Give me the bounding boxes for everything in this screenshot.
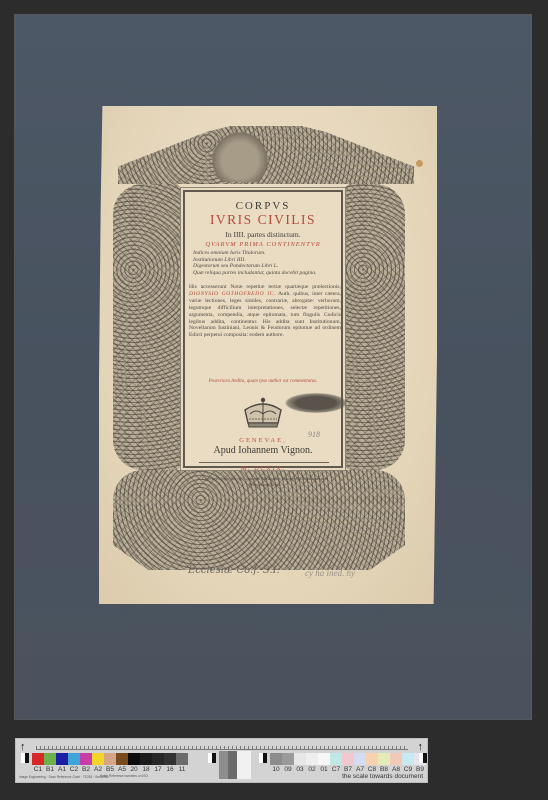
patch-label: C8 xyxy=(366,766,378,773)
measurement-ruler xyxy=(36,743,408,750)
color-patch-labels-2: 10 09 03 02 01 C7 B7 A7 C8 B8 A8 C9 B9 xyxy=(270,766,426,773)
patch-label: A5 xyxy=(116,766,128,773)
patch-label: 11 xyxy=(176,766,188,773)
contents-item: Digestorum seu Pandectarum Libri L. xyxy=(193,263,339,270)
contents-item: Indices omnium Iuris Titulorum. xyxy=(193,250,339,257)
contents-item: Institutionum Libri IIII. xyxy=(193,257,339,264)
contents-item: Quæ reliqua partes includantur, quinta d… xyxy=(193,270,339,277)
color-patch xyxy=(270,753,282,765)
color-patch xyxy=(306,753,318,765)
patch-label: 03 xyxy=(294,766,306,773)
patch-label: C1 xyxy=(32,766,44,773)
color-patch xyxy=(366,753,378,765)
color-patch xyxy=(92,753,104,765)
color-patch xyxy=(164,753,176,765)
imprint-printer: Apud Iohannem Vignon. xyxy=(185,445,341,456)
patch-label: C7 xyxy=(330,766,342,773)
color-patch xyxy=(128,753,140,765)
color-patch-row-1 xyxy=(32,753,188,765)
color-patch xyxy=(294,753,306,765)
patch-label: B2 xyxy=(80,766,92,773)
patch-label: 02 xyxy=(306,766,318,773)
imprint-year: M. DCXIX. xyxy=(185,465,341,472)
patch-label: 16 xyxy=(164,766,176,773)
color-reference-strip: ↑ ↑ C1 B1 A1 C2 B2 A2 B5 A5 20 18 17 16 … xyxy=(15,738,428,783)
color-patch xyxy=(402,753,414,765)
black-white-target xyxy=(21,753,29,763)
arrow-up-icon-right: ↑ xyxy=(418,741,424,753)
color-patch xyxy=(378,753,390,765)
description-paragraph: His accesserunt Notæ repetitæ tertiæ qua… xyxy=(189,284,341,339)
title-panel: CORPVS IVRIS CIVILIS In IIII. partes dis… xyxy=(183,190,343,468)
patch-label: B1 xyxy=(44,766,56,773)
description-pre: His accesserunt Notæ repetitæ tertiæ qua… xyxy=(189,284,341,290)
patch-label: 18 xyxy=(140,766,152,773)
patch-label: A2 xyxy=(92,766,104,773)
color-patch xyxy=(116,753,128,765)
ink-smudge xyxy=(285,393,347,413)
description-post: Auth. quibus, inter cætera, variæ lectio… xyxy=(189,291,341,338)
contents-list: Indices omnium Iuris Titulorum. Institut… xyxy=(193,250,339,276)
color-patch xyxy=(68,753,80,765)
color-patch-labels-1: C1 B1 A1 C2 B2 A2 B5 A5 20 18 17 16 11 xyxy=(32,766,188,773)
crown-printer-mark-icon xyxy=(241,396,285,430)
patch-label: 09 xyxy=(282,766,294,773)
black-white-target xyxy=(419,753,427,763)
contents-heading: QVARVM PRIMA CONTINENTVR xyxy=(185,241,341,248)
ornamental-border-left xyxy=(113,184,181,470)
handwritten-inscription-left: Ecclesiæ Co.f. S.I. xyxy=(188,565,280,576)
patch-label: B8 xyxy=(378,766,390,773)
color-patch xyxy=(56,753,68,765)
color-patch xyxy=(44,753,56,765)
title-corpus: CORPVS xyxy=(185,200,341,212)
patch-label: B7 xyxy=(342,766,354,773)
patch-label: A8 xyxy=(390,766,402,773)
ornamental-border-right xyxy=(345,184,405,470)
patch-label: B5 xyxy=(104,766,116,773)
privilege-note: Cum privilegio Sacræ Cæsareæ Maiestatis … xyxy=(191,476,339,487)
foxing-stain xyxy=(416,160,423,167)
author-name: DIONYSIO GOTHOFREDO IC. xyxy=(189,291,276,297)
strip-scale-note: the scale towards document xyxy=(342,773,423,780)
subtitle-parts: In IIII. partes distinctum. xyxy=(185,230,341,239)
color-patch xyxy=(390,753,402,765)
color-patch xyxy=(80,753,92,765)
strip-fine-print: Image Engineering · Scan Reference Chart… xyxy=(19,775,109,779)
black-white-target xyxy=(259,753,267,763)
title-iuris-civilis: IVRIS CIVILIS xyxy=(185,212,341,228)
gray-card xyxy=(219,751,237,779)
color-patch xyxy=(354,753,366,765)
arrow-up-icon-left: ↑ xyxy=(20,741,26,753)
color-patch xyxy=(104,753,116,765)
red-note: Posteriora Aedita, quam ipse author est … xyxy=(185,379,341,384)
black-white-target xyxy=(208,753,216,763)
patch-label: C2 xyxy=(68,766,80,773)
color-patch xyxy=(32,753,44,765)
patch-label: 20 xyxy=(128,766,140,773)
patch-label: A1 xyxy=(56,766,68,773)
patch-label: 01 xyxy=(318,766,330,773)
patch-label: A7 xyxy=(354,766,366,773)
color-patch xyxy=(330,753,342,765)
pencil-annotation: 918 xyxy=(308,430,320,439)
divider-rule xyxy=(199,462,329,463)
patch-label: C9 xyxy=(402,766,414,773)
patch-label: B9 xyxy=(414,766,426,773)
color-patch xyxy=(140,753,152,765)
color-patch xyxy=(282,753,294,765)
grotesque-mask-ornament xyxy=(208,128,272,182)
patch-label: 10 xyxy=(270,766,282,773)
color-patch-row-2 xyxy=(270,753,426,765)
color-patch xyxy=(176,753,188,765)
color-patch xyxy=(152,753,164,765)
patch-label: 17 xyxy=(152,766,164,773)
color-patch xyxy=(318,753,330,765)
handwritten-inscription-right: cy ha ined. hy xyxy=(305,568,355,578)
color-patch xyxy=(342,753,354,765)
white-card xyxy=(237,751,251,779)
